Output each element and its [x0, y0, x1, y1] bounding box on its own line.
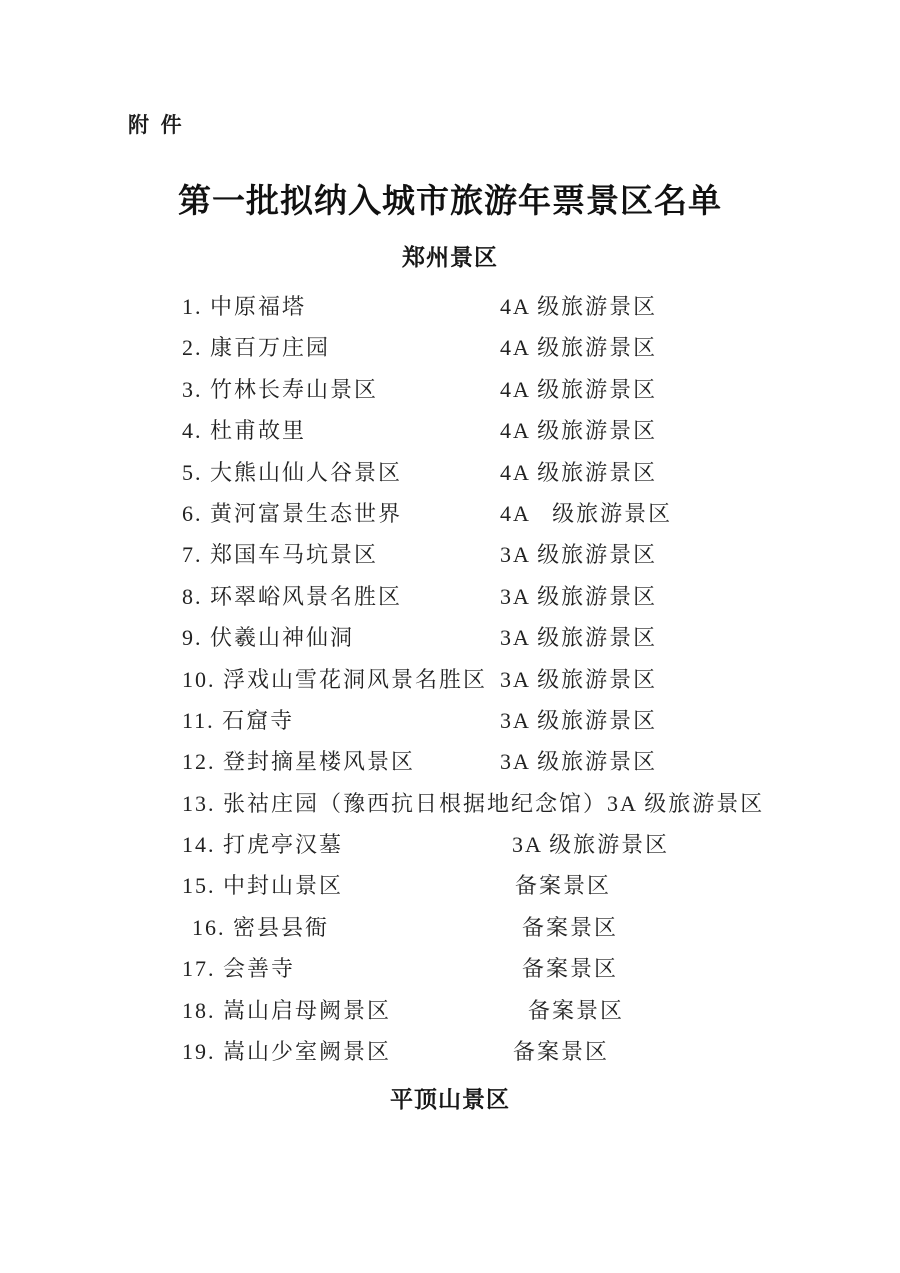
scenic-area-name: 11. 石窟寺: [182, 708, 294, 733]
list-item: 19. 嵩山少室阙景区备案景区: [182, 1031, 842, 1072]
document-page: 附 件 第一批拟纳入城市旅游年票景区名单 郑州景区 1. 中原福塔4A 级旅游景…: [0, 0, 900, 1273]
list-item: 16. 密县县衙备案景区: [182, 907, 842, 948]
scenic-area-name: 7. 郑国车马坑景区: [182, 542, 378, 567]
scenic-area-name: 3. 竹林长寿山景区: [182, 377, 378, 402]
rating-label: 3A 级旅游景区: [512, 824, 669, 865]
list-item: 5. 大熊山仙人谷景区4A 级旅游景区: [182, 452, 842, 493]
rating-label: 4A 级旅游景区: [500, 410, 657, 451]
scenic-area-name: 17. 会善寺: [182, 956, 295, 981]
scenic-area-name: 14. 打虎亭汉墓: [182, 832, 343, 857]
rating-label: 4A 级旅游景区: [500, 493, 672, 534]
rating-label: 4A 级旅游景区: [500, 286, 657, 327]
rating-label: 3A 级旅游景区: [500, 741, 657, 782]
scenic-area-name: 13. 张祜庄园（豫西抗日根据地纪念馆）: [182, 791, 607, 816]
list-item: 12. 登封摘星楼风景区3A 级旅游景区: [182, 741, 842, 782]
rating-label: 3A 级旅游景区: [500, 617, 657, 658]
rating-label: 备案景区: [528, 990, 624, 1031]
list-item: 10. 浮戏山雪花洞风景名胜区3A 级旅游景区: [182, 659, 842, 700]
section-heading-pingdingshan: 平顶山景区: [0, 1081, 900, 1114]
rating-label: 3A 级旅游景区: [500, 576, 657, 617]
rating-label: 3A 级旅游景区: [607, 791, 764, 816]
rating-label: 4A 级旅游景区: [500, 369, 657, 410]
rating-label: 3A 级旅游景区: [500, 700, 657, 741]
list-item: 15. 中封山景区备案景区: [182, 865, 842, 906]
list-item: 1. 中原福塔4A 级旅游景区: [182, 286, 842, 327]
list-item: 9. 伏羲山神仙洞3A 级旅游景区: [182, 617, 842, 658]
rating-label: 备案景区: [522, 907, 618, 948]
rating-label: 4A 级旅游景区: [500, 452, 657, 493]
attachment-label: 附 件: [128, 109, 182, 139]
list-item: 11. 石窟寺3A 级旅游景区: [182, 700, 842, 741]
list-item: 13. 张祜庄园（豫西抗日根据地纪念馆）3A 级旅游景区: [182, 783, 842, 824]
scenic-area-name: 5. 大熊山仙人谷景区: [182, 460, 402, 485]
scenic-area-name: 16. 密县县衙: [192, 915, 329, 940]
list-item: 3. 竹林长寿山景区4A 级旅游景区: [182, 369, 842, 410]
scenic-area-list: 1. 中原福塔4A 级旅游景区2. 康百万庄园4A 级旅游景区3. 竹林长寿山景…: [182, 286, 842, 1072]
scenic-area-name: 8. 环翠峪风景名胜区: [182, 584, 402, 609]
scenic-area-name: 2. 康百万庄园: [182, 335, 330, 360]
rating-label: 4A 级旅游景区: [500, 327, 657, 368]
list-item: 17. 会善寺备案景区: [182, 948, 842, 989]
scenic-area-name: 18. 嵩山启母阙景区: [182, 998, 391, 1023]
scenic-area-name: 1. 中原福塔: [182, 294, 306, 319]
list-item: 2. 康百万庄园4A 级旅游景区: [182, 327, 842, 368]
list-item: 6. 黄河富景生态世界4A 级旅游景区: [182, 493, 842, 534]
rating-label: 备案景区: [513, 1031, 609, 1072]
rating-label: 备案景区: [515, 865, 611, 906]
scenic-area-name: 6. 黄河富景生态世界: [182, 501, 402, 526]
scenic-area-name: 9. 伏羲山神仙洞: [182, 625, 354, 650]
scenic-area-name: 10. 浮戏山雪花洞风景名胜区: [182, 667, 487, 692]
list-item: 14. 打虎亭汉墓3A 级旅游景区: [182, 824, 842, 865]
list-item: 7. 郑国车马坑景区3A 级旅游景区: [182, 534, 842, 575]
scenic-area-name: 15. 中封山景区: [182, 873, 343, 898]
rating-label: 3A 级旅游景区: [500, 534, 657, 575]
page-title: 第一批拟纳入城市旅游年票景区名单: [0, 175, 900, 222]
scenic-area-name: 12. 登封摘星楼风景区: [182, 749, 415, 774]
rating-label: 3A 级旅游景区: [500, 659, 657, 700]
section-heading-zhengzhou: 郑州景区: [0, 239, 900, 272]
list-item: 8. 环翠峪风景名胜区3A 级旅游景区: [182, 576, 842, 617]
list-item: 18. 嵩山启母阙景区备案景区: [182, 990, 842, 1031]
rating-label: 备案景区: [522, 948, 618, 989]
scenic-area-name: 4. 杜甫故里: [182, 418, 306, 443]
scenic-area-name: 19. 嵩山少室阙景区: [182, 1039, 391, 1064]
list-item: 4. 杜甫故里4A 级旅游景区: [182, 410, 842, 451]
